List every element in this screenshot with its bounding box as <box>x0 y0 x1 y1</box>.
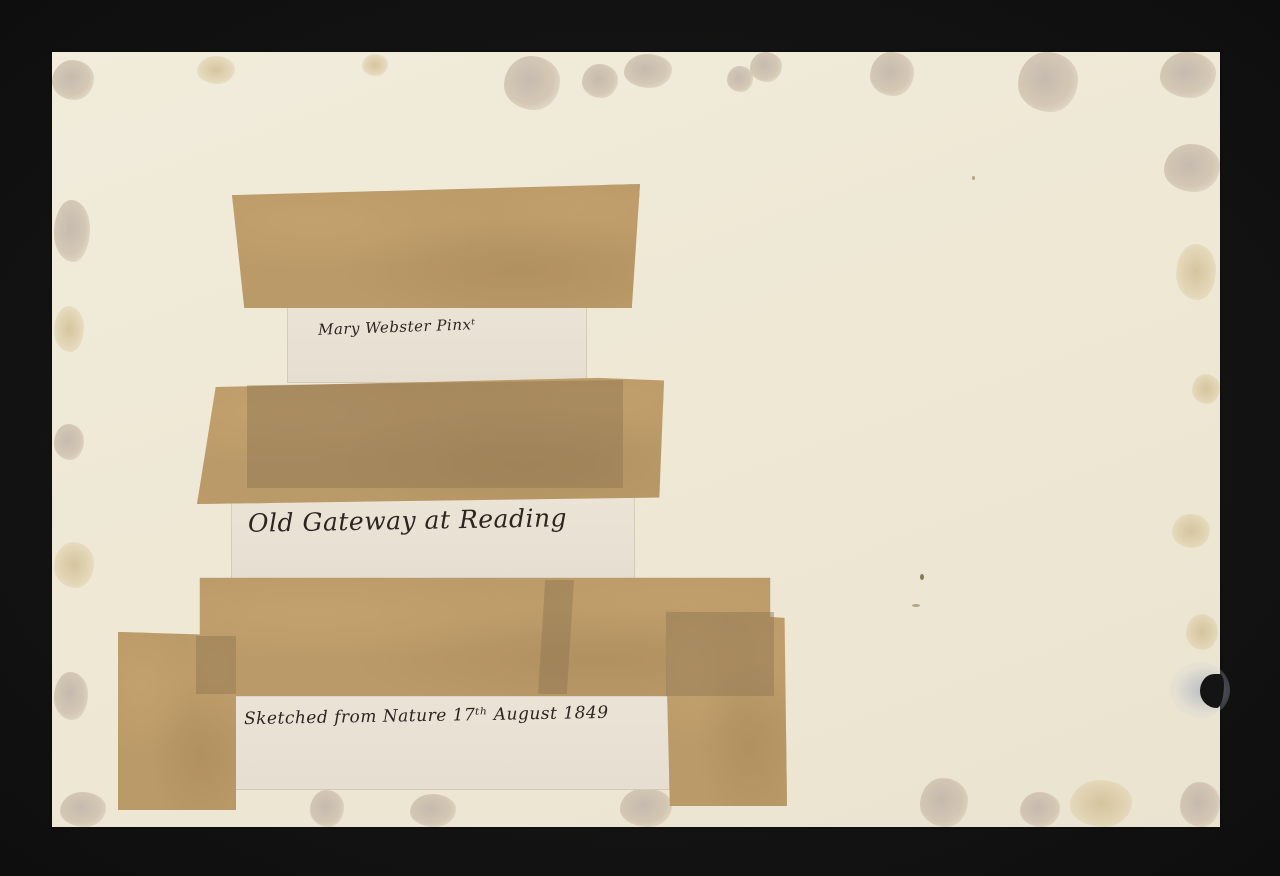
stain-spot <box>362 54 388 76</box>
tape-overlap-middle <box>247 380 623 488</box>
stain-spot <box>1172 514 1210 548</box>
stain-spot <box>1186 614 1218 650</box>
ink-speck <box>920 574 924 580</box>
stain-spot <box>54 306 84 352</box>
stain-spot <box>620 788 672 827</box>
tape-strip-top <box>232 184 640 308</box>
stain-spot <box>504 56 560 110</box>
stain-spot <box>750 52 782 82</box>
stain-spot <box>1176 244 1216 300</box>
ink-speck <box>972 176 975 180</box>
stain-spot <box>410 794 456 827</box>
stain-spot <box>54 542 94 588</box>
stain-spot <box>1018 52 1078 112</box>
stain-spot <box>1070 780 1132 827</box>
stain-spot <box>310 790 344 827</box>
stain-spot <box>54 424 84 460</box>
stain-spot <box>52 60 94 100</box>
label-slip-artist <box>287 303 587 383</box>
stain-spot <box>54 672 88 720</box>
tape-overlap-right <box>666 612 774 696</box>
tape-overlap-left <box>196 636 236 694</box>
stain-spot <box>1160 52 1216 98</box>
stain-spot <box>624 54 672 88</box>
stain-spot <box>1164 144 1220 192</box>
stain-spot <box>582 64 618 98</box>
stain-spot <box>60 792 106 827</box>
ink-speck <box>912 604 920 607</box>
label-title-text: Old Gateway at Reading <box>248 503 568 538</box>
stain-spot <box>870 52 914 96</box>
stain-spot <box>1020 792 1060 827</box>
stain-spot <box>1192 374 1220 404</box>
stain-spot <box>54 200 90 262</box>
stain-spot <box>197 56 235 84</box>
stain-spot <box>1180 782 1220 827</box>
stain-spot <box>920 778 968 827</box>
